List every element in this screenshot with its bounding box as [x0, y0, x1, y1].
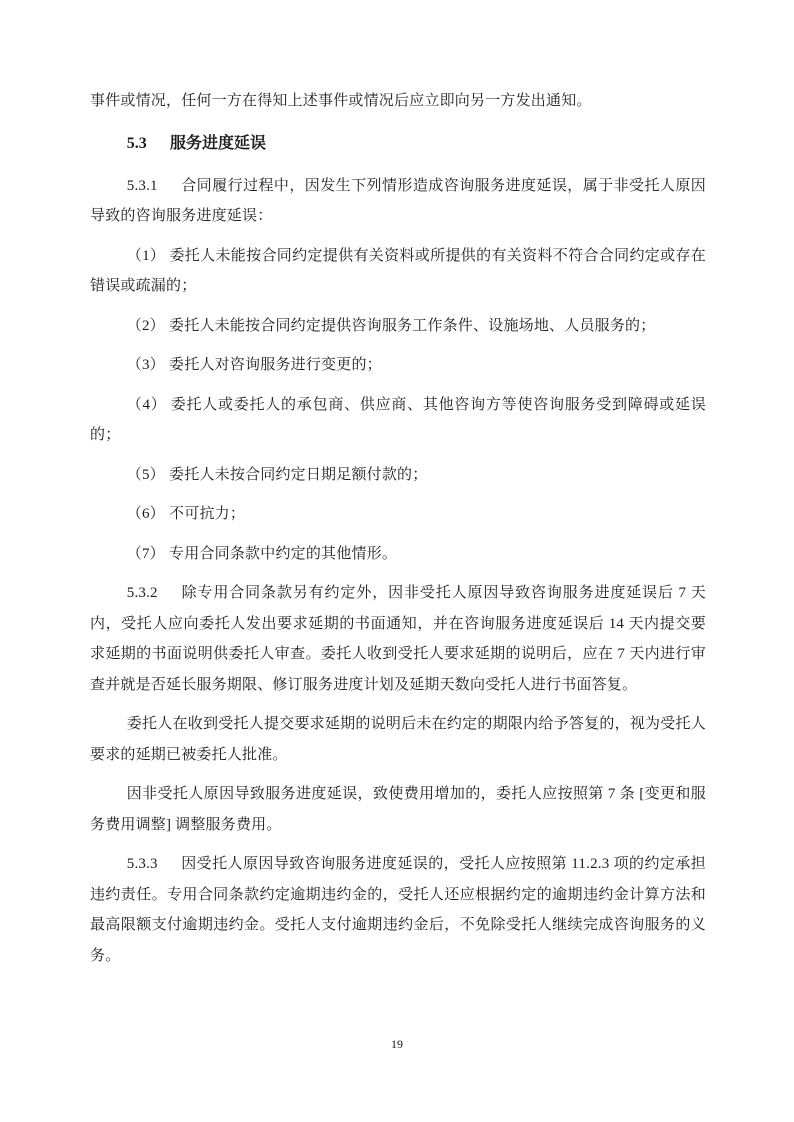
- continuation-paragraph: 事件或情况，任何一方在得知上述事件或情况后应立即向另一方发出通知。: [90, 86, 706, 117]
- document-page-content: 事件或情况，任何一方在得知上述事件或情况后应立即向另一方发出通知。 5.3服务进…: [90, 86, 706, 980]
- paragraph-fee-adjustment: 因非受托人原因导致服务进度延误，致使费用增加的，委托人应按照第 7 条 [变更和…: [90, 779, 706, 840]
- item-number: （2）: [127, 318, 165, 334]
- clause-text: 合同履行过程中，因发生下列情形造成咨询服务进度延误，属于非受托人原因导致的咨询服…: [90, 178, 706, 225]
- item-text: 不可抗力；: [169, 506, 245, 522]
- item-text: 委托人或委托人的承包商、供应商、其他咨询方等使咨询服务受到障碍或延误的；: [90, 397, 706, 444]
- page-footer: 19: [0, 1036, 794, 1052]
- clause-5-3-2: 5.3.2除专用合同条款另有约定外，因非受托人原因导致咨询服务进度延误后 7 天…: [90, 578, 706, 700]
- paragraph-deemed-approval: 委托人在收到受托人提交要求延期的说明后未在约定的期限内给予答复的，视为受托人要求…: [90, 709, 706, 770]
- section-title: 服务进度延误: [170, 135, 266, 152]
- list-item-4: （4）委托人或委托人的承包商、供应商、其他咨询方等使咨询服务受到障碍或延误的；: [90, 390, 706, 451]
- item-number: （4）: [127, 397, 167, 413]
- item-text: 委托人未能按合同约定提供咨询服务工作条件、设施场地、人员服务的；: [169, 318, 655, 334]
- clause-5-3-3: 5.3.3因受托人原因导致咨询服务进度延误的，受托人应按照第 11.2.3 项的…: [90, 849, 706, 971]
- item-number: （7）: [127, 546, 165, 562]
- paragraph-text: 事件或情况，任何一方在得知上述事件或情况后应立即向另一方发出通知。: [90, 93, 592, 109]
- item-number: （1）: [127, 248, 166, 264]
- section-number: 5.3: [127, 135, 147, 152]
- list-item-1: （1）委托人未能按合同约定提供有关资料或所提供的有关资料不符合合同约定或存在错误…: [90, 241, 706, 302]
- clause-text: 因受托人原因导致咨询服务进度延误的，受托人应按照第 11.2.3 项的约定承担违…: [90, 856, 706, 964]
- clause-number: 5.3.3: [127, 856, 158, 872]
- item-text: 委托人未按合同约定日期足额付款的；: [169, 467, 427, 483]
- paragraph-text: 因非受托人原因导致服务进度延误，致使费用增加的，委托人应按照第 7 条 [变更和…: [90, 786, 706, 833]
- list-item-6: （6）不可抗力；: [90, 499, 706, 530]
- item-text: 专用合同条款中约定的其他情形。: [169, 546, 397, 562]
- clause-number: 5.3.2: [127, 585, 158, 601]
- list-item-7: （7）专用合同条款中约定的其他情形。: [90, 539, 706, 570]
- section-heading: 5.3服务进度延误: [90, 128, 706, 159]
- item-number: （3）: [127, 357, 165, 373]
- list-item-5: （5）委托人未按合同约定日期足额付款的；: [90, 460, 706, 491]
- item-number: （5）: [127, 467, 165, 483]
- item-text: 委托人对咨询服务进行变更的；: [169, 357, 382, 373]
- item-number: （6）: [127, 506, 165, 522]
- clause-text: 除专用合同条款另有约定外，因非受托人原因导致咨询服务进度延误后 7 天内，受托人…: [90, 585, 706, 693]
- clause-5-3-1: 5.3.1合同履行过程中，因发生下列情形造成咨询服务进度延误，属于非受托人原因导…: [90, 171, 706, 232]
- paragraph-text: 委托人在收到受托人提交要求延期的说明后未在约定的期限内给予答复的，视为受托人要求…: [90, 716, 706, 763]
- list-item-2: （2）委托人未能按合同约定提供咨询服务工作条件、设施场地、人员服务的；: [90, 311, 706, 342]
- page-number: 19: [391, 1037, 403, 1051]
- clause-number: 5.3.1: [127, 178, 158, 194]
- item-text: 委托人未能按合同约定提供有关资料或所提供的有关资料不符合合同约定或存在错误或疏漏…: [90, 248, 706, 295]
- list-item-3: （3）委托人对咨询服务进行变更的；: [90, 350, 706, 381]
